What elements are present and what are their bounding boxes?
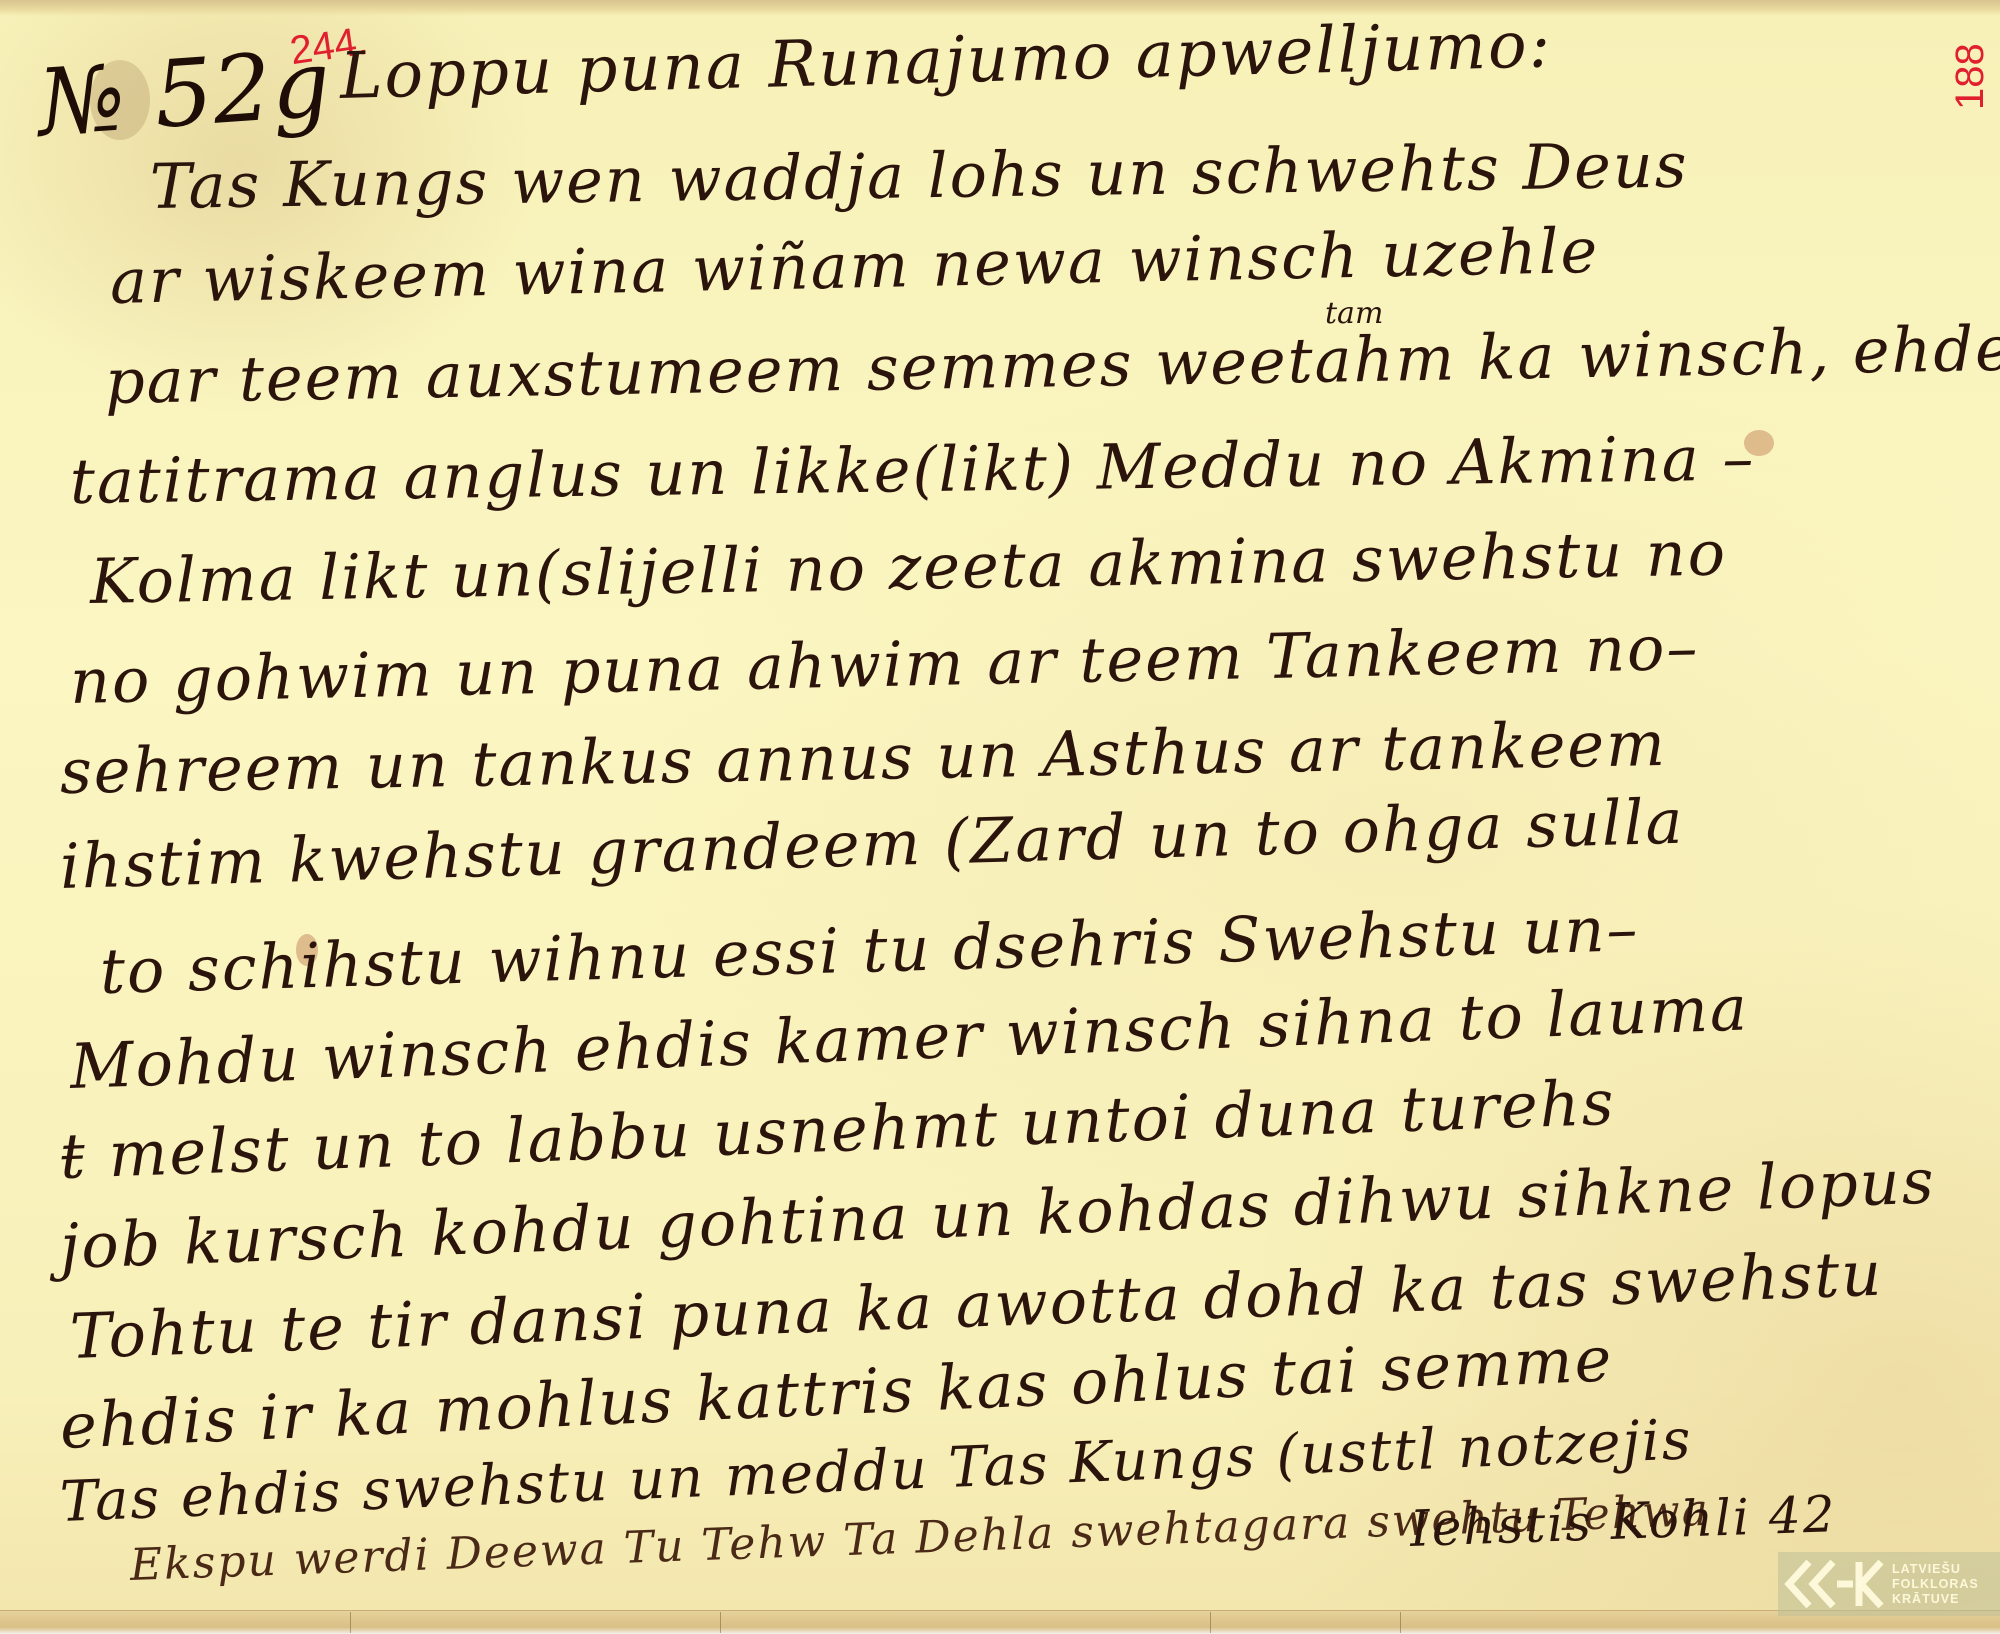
manuscript-page: № 52g 244. 188 Loppu puna Runajumo apwel… xyxy=(0,0,2000,1633)
manuscript-line: no gohwim un puna ahwim ar teem Tankeem … xyxy=(69,611,1700,718)
paper-top-edge xyxy=(0,0,2000,16)
lfk-chevron-logo-icon xyxy=(1778,1552,1888,1616)
paper-crack xyxy=(720,1612,721,1633)
paper-crack xyxy=(1210,1612,1211,1633)
archive-name: LATVIEŠU FOLKLORAS KRĀTUVE xyxy=(1888,1562,1979,1607)
manuscript-title: Loppu puna Runajumo apwelljumo: xyxy=(339,8,1553,114)
paper-crack xyxy=(1400,1612,1401,1633)
archive-name-line2: FOLKLORAS xyxy=(1892,1577,1979,1592)
archive-name-line3: KRĀTUVE xyxy=(1892,1592,1979,1607)
archive-watermark-logo: LATVIEŠU FOLKLORAS KRĀTUVE xyxy=(1778,1552,2000,1616)
paper-crack xyxy=(350,1612,351,1633)
manuscript-line: Kolma likt un(slijelli no zeeta akmina s… xyxy=(89,516,1727,618)
archive-name-line1: LATVIEŠU xyxy=(1892,1562,1979,1577)
manuscript-line: par teem auxstumeem semmes weetahm ka wi… xyxy=(104,312,2000,418)
paper-bottom-edge xyxy=(0,1610,2000,1633)
manuscript-line: tatitrama anglus un likke(likt) Meddu no… xyxy=(69,421,1755,518)
item-number: № 52g xyxy=(35,30,334,157)
manuscript-line: Tas Kungs wen waddja lohs un schwehts De… xyxy=(149,129,1689,223)
archive-number-right: 188 xyxy=(1948,43,1993,110)
